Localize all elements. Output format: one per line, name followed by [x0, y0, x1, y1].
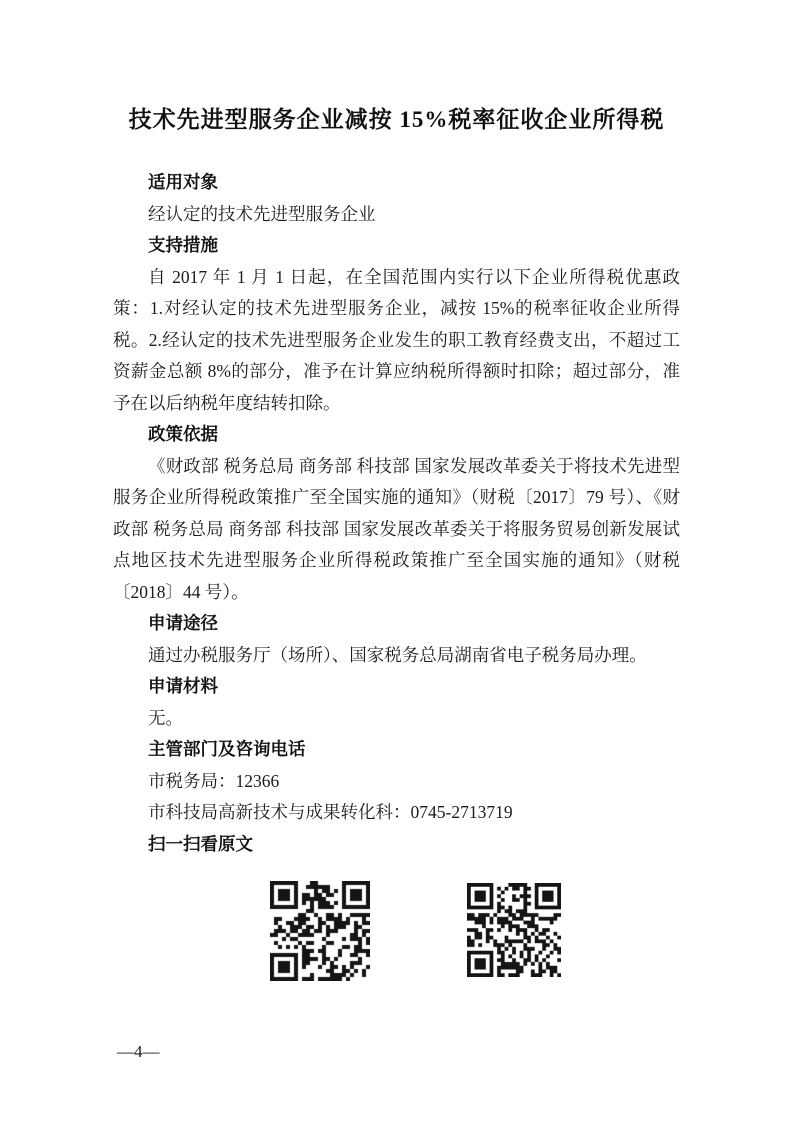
document-page: 技术先进型服务企业减按 15%税率征收企业所得税 适用对象 经认定的技术先进型服…: [0, 0, 793, 1122]
section-heading-policy-basis: 政策依据: [113, 419, 680, 451]
section-heading-contact: 主管部门及咨询电话: [113, 734, 680, 766]
section-heading-application-materials: 申请材料: [113, 671, 680, 703]
section-heading-support-measures: 支持措施: [113, 230, 680, 262]
section-body-application-materials: 无。: [113, 703, 680, 735]
section-heading-applicable-object: 适用对象: [113, 167, 680, 199]
section-body-policy-basis: 《财政部 税务总局 商务部 科技部 国家发展改革委关于将技术先进型服务企业所得税…: [113, 451, 680, 609]
document-title: 技术先进型服务企业减按 15%税率征收企业所得税: [0, 101, 793, 134]
contact-line-science-bureau: 市科技局高新技术与成果转化科：0745-2713719: [113, 797, 680, 829]
section-body-support-measures: 自 2017 年 1 月 1 日起，在全国范围内实行以下企业所得税优惠政策：1.…: [113, 262, 680, 420]
section-body-application-channel: 通过办税服务厅（场所）、国家税务总局湖南省电子税务局办理。: [113, 640, 680, 672]
page-number: —4—: [117, 1042, 160, 1062]
qr-code-left-icon: [270, 881, 370, 981]
section-body-applicable-object: 经认定的技术先进型服务企业: [113, 199, 680, 231]
qr-code-row: [270, 881, 680, 981]
contact-line-tax-bureau: 市税务局：12366: [113, 766, 680, 798]
section-heading-scan-original: 扫一扫看原文: [113, 829, 680, 861]
document-body: 适用对象 经认定的技术先进型服务企业 支持措施 自 2017 年 1 月 1 日…: [113, 167, 680, 981]
qr-code-right-icon: [467, 883, 561, 977]
section-heading-application-channel: 申请途径: [113, 608, 680, 640]
